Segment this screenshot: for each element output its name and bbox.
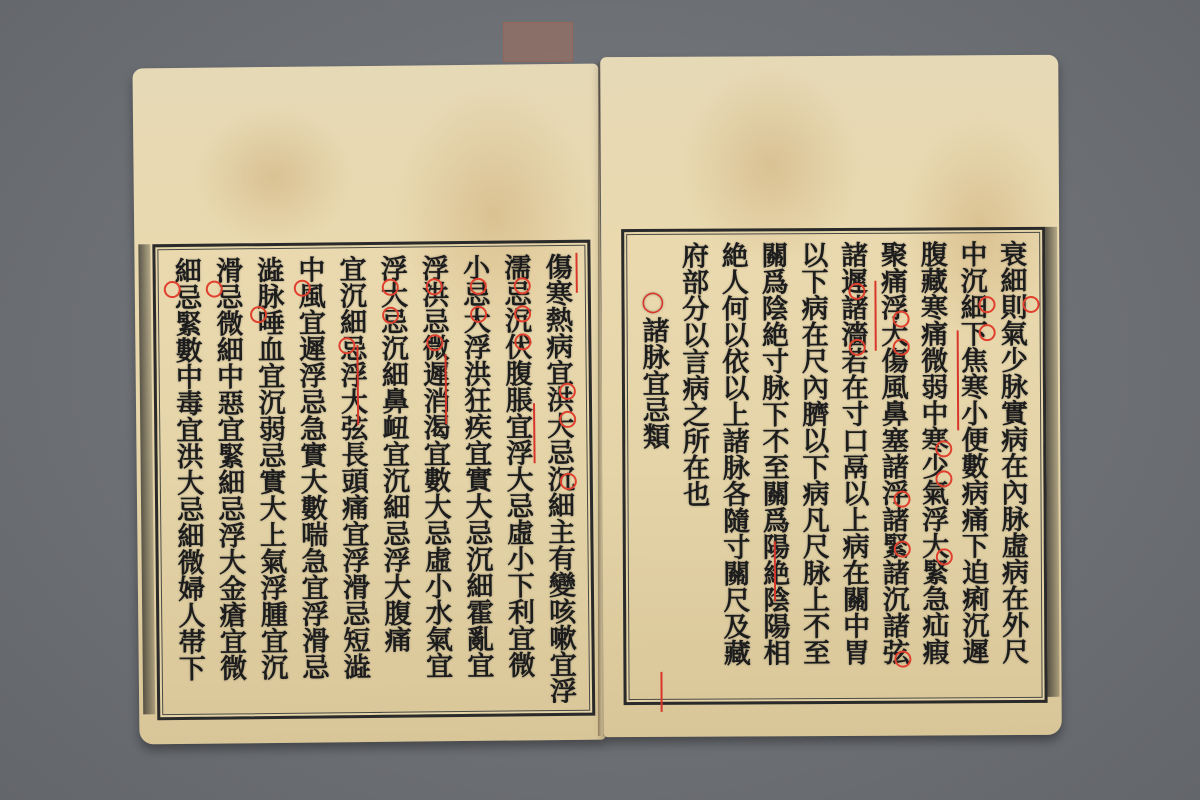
red-circle-mark	[426, 278, 443, 295]
red-circle-mark	[894, 651, 911, 668]
red-underline-mark	[774, 541, 776, 601]
red-circle-mark	[560, 473, 577, 490]
text-column: 絶人何以依以上諸脉各隨寸關尺及藏	[714, 241, 756, 691]
red-circle-mark	[338, 337, 355, 354]
red-circle-mark	[206, 281, 223, 298]
print-frame-right: 衰細則氣少脉實病在內脉虛病在外尺 中沉細下焦寒小便數病痛下迫痢沉遲 腹藏寒痛微弱…	[621, 227, 1047, 705]
collector-seal	[503, 22, 573, 62]
red-circle-mark	[936, 548, 953, 565]
red-circle-mark	[979, 324, 996, 341]
red-circle-mark	[935, 440, 952, 457]
text-column: 關爲陰絶寸脉下不至關爲陽絶陰陽相	[754, 241, 796, 691]
red-circle-mark	[470, 278, 487, 295]
left-page: 傷寒熱病宜洪大忌沉細主有變咳嗽宜浮 濡忌沉伏腹脹宜浮大忌虛小下利宜微 小忌大浮洪…	[132, 64, 605, 745]
red-circle-mark	[382, 279, 399, 296]
red-circle-mark	[893, 491, 910, 508]
red-circle-mark	[470, 306, 487, 323]
text-column: 中風宜遲浮忌急實大數喘急宜浮滑忌	[289, 255, 335, 705]
red-circle-mark	[559, 383, 576, 400]
text-column: 澁脉唾血宜沉弱忌實大上氣浮腫宜沉	[248, 256, 294, 706]
red-circle-mark	[893, 311, 910, 328]
red-underline-mark	[575, 253, 577, 293]
red-circle-mark	[894, 541, 911, 558]
text-column: 浮洪忌微遲消渴宜數大忌虛小水氣宜	[413, 254, 459, 704]
right-page: 衰細則氣少脉實病在內脉虛病在外尺 中沉細下焦寒小便數病痛下迫痢沉遲 腹藏寒痛微弱…	[600, 55, 1062, 737]
red-underline-mark	[874, 281, 876, 351]
red-circle-mark	[848, 283, 865, 300]
section-heading-text: 諸脉宜忌類	[637, 316, 669, 449]
red-circle-mark	[294, 280, 311, 297]
print-frame-left: 傷寒熱病宜洪大忌沉細主有變咳嗽宜浮 濡忌沉伏腹脹宜浮大忌虛小下利宜微 小忌大浮洪…	[152, 240, 595, 721]
red-circle-mark	[426, 334, 443, 351]
text-column: 聚痛浮大傷風鼻塞諸浮諸緊諸沉諸弦	[873, 241, 915, 691]
text-column: 宜沉細忌浮大弦長頭痛宜浮滑忌短澁	[330, 255, 376, 705]
red-circle-mark	[1022, 296, 1039, 313]
text-column: 腹藏寒痛微弱中寒少氣浮大緊急疝瘕	[913, 240, 955, 690]
text-column: 以下病在尺內臍以下病凡尺脉上不至	[793, 241, 835, 691]
red-circle-mark	[978, 296, 995, 313]
red-circle-heading-mark: ○	[637, 286, 668, 317]
red-circle-mark	[559, 411, 576, 428]
red-underline-mark	[660, 672, 662, 712]
red-circle-mark	[849, 339, 866, 356]
section-heading: ○諸脉宜忌類	[634, 242, 676, 692]
red-circle-mark	[514, 277, 531, 294]
red-circle-mark	[893, 339, 910, 356]
text-columns-right: 衰細則氣少脉實病在內脉虛病在外尺 中沉細下焦寒小便數病痛下迫痢沉遲 腹藏寒痛微弱…	[634, 240, 1034, 692]
red-circle-mark	[164, 281, 181, 298]
red-circle-mark	[250, 306, 267, 323]
page-edge-shadow	[1045, 227, 1059, 697]
paper-stain	[193, 106, 354, 248]
red-circle-mark	[514, 305, 531, 322]
text-column: 細忌緊數中毒宜洪大忌細微婦人帯下	[165, 257, 211, 707]
text-column: 滑忌微細中惡宜緊細忌浮大金瘡宜微	[207, 256, 253, 706]
text-column: 諸遲諸濇若在寸口鬲以上病在關中胃	[833, 241, 875, 691]
text-column: 府部分以言病之所在也	[674, 242, 716, 692]
red-circle-mark	[935, 470, 952, 487]
red-circle-mark	[514, 333, 531, 350]
red-circle-mark	[382, 307, 399, 324]
